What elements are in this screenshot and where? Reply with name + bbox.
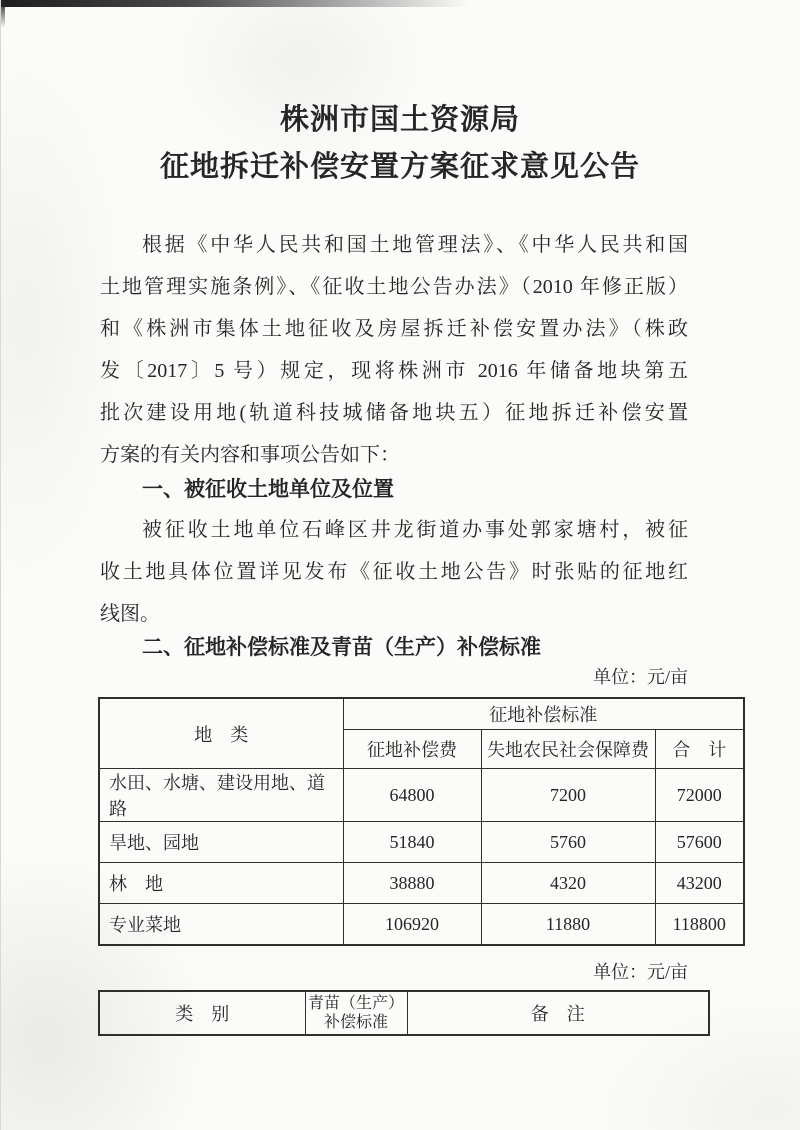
cell-land-type: 林 地	[99, 863, 343, 904]
th-compensation-group: 征地补偿标准	[343, 698, 744, 730]
section-heading-land-unit: 一、被征收土地单位及位置	[100, 472, 688, 508]
cell-total: 57600	[655, 822, 744, 863]
title-org-line: 株洲市国土资源局	[0, 97, 800, 144]
table-header-row: 类 别 青苗（生产） 补偿标准 备 注	[99, 991, 709, 1035]
unit-note-table1: 单位：元/亩	[100, 664, 688, 690]
cell-social-security: 4320	[481, 863, 655, 904]
th-total: 合 计	[655, 730, 744, 769]
cell-total: 72000	[655, 769, 744, 822]
cell-land-type: 专业菜地	[99, 904, 343, 946]
th-land-type: 地 类	[99, 698, 343, 769]
cell-land-type: 水田、水塘、建设用地、道路	[99, 769, 343, 822]
scan-artifact-top-band	[0, 0, 470, 7]
unit-note-table2: 单位：元/亩	[100, 959, 688, 985]
paragraph-legal-basis: 根据《中华人民共和国土地管理法》、《中华人民共和国 土地管理实施条例》、《征收土…	[100, 224, 688, 476]
body-line: 收土地具体位置详见发布《征收土地公告》时张贴的征地红	[100, 551, 688, 593]
th-category: 类 别	[99, 991, 305, 1035]
cell-comp-fee: 51840	[343, 822, 481, 863]
title-subject-line: 征地拆迁补偿安置方案征求意见公告	[0, 144, 800, 191]
body-line: 和《株洲市集体土地征收及房屋拆迁补偿安置办法》（株政	[100, 308, 688, 350]
cell-land-type: 旱地、园地	[99, 822, 343, 863]
cell-comp-fee: 64800	[343, 769, 481, 822]
th-social-security: 失地农民社会保障费	[481, 730, 655, 769]
paragraph-land-location: 被征收土地单位石峰区井龙街道办事处郭家塘村，被征 收土地具体位置详见发布《征收土…	[100, 509, 688, 635]
document-title: 株洲市国土资源局 征地拆迁补偿安置方案征求意见公告	[0, 97, 800, 191]
cell-total: 43200	[655, 863, 744, 904]
body-line: 线图。	[100, 593, 688, 635]
body-line: 根据《中华人民共和国土地管理法》、《中华人民共和国	[100, 224, 688, 266]
body-line: 批次建设用地(轨道科技城储备地块五）征地拆迁补偿安置	[100, 392, 688, 434]
table-row: 旱地、园地 51840 5760 57600	[99, 822, 744, 863]
cell-social-security: 11880	[481, 904, 655, 946]
table-row: 林 地 38880 4320 43200	[99, 863, 744, 904]
table-row: 专业菜地 106920 11880 118800	[99, 904, 744, 946]
table-header-row: 地 类 征地补偿标准	[99, 698, 744, 730]
th-seedling-standard: 青苗（生产） 补偿标准	[305, 991, 407, 1035]
th-comp-fee: 征地补偿费	[343, 730, 481, 769]
th-seedling-standard-line1: 青苗（生产）	[306, 994, 407, 1013]
table-row: 水田、水塘、建设用地、道路 64800 7200 72000	[99, 769, 744, 822]
section-heading-compensation-standard: 二、征地补偿标准及青苗（生产）补偿标准	[100, 630, 688, 666]
cell-social-security: 7200	[481, 769, 655, 822]
th-seedling-standard-line2: 补偿标准	[306, 1013, 407, 1032]
land-compensation-table: 地 类 征地补偿标准 征地补偿费 失地农民社会保障费 合 计 水田、水塘、建设用…	[98, 697, 745, 946]
th-remark: 备 注	[407, 991, 709, 1035]
scanned-document-page: 株洲市国土资源局 征地拆迁补偿安置方案征求意见公告 根据《中华人民共和国土地管理…	[0, 0, 800, 1130]
cell-comp-fee: 106920	[343, 904, 481, 946]
body-line: 土地管理实施条例》、《征收土地公告办法》（2010 年修正版）	[100, 266, 688, 308]
seedling-compensation-table: 类 别 青苗（生产） 补偿标准 备 注	[98, 990, 710, 1036]
body-line: 发〔2017〕5 号）规定，现将株洲市 2016 年储备地块第五	[100, 350, 688, 392]
cell-total: 118800	[655, 904, 744, 946]
cell-comp-fee: 38880	[343, 863, 481, 904]
body-line: 被征收土地单位石峰区井龙街道办事处郭家塘村，被征	[100, 509, 688, 551]
cell-social-security: 5760	[481, 822, 655, 863]
body-line: 方案的有关内容和事项公告如下：	[100, 434, 688, 476]
